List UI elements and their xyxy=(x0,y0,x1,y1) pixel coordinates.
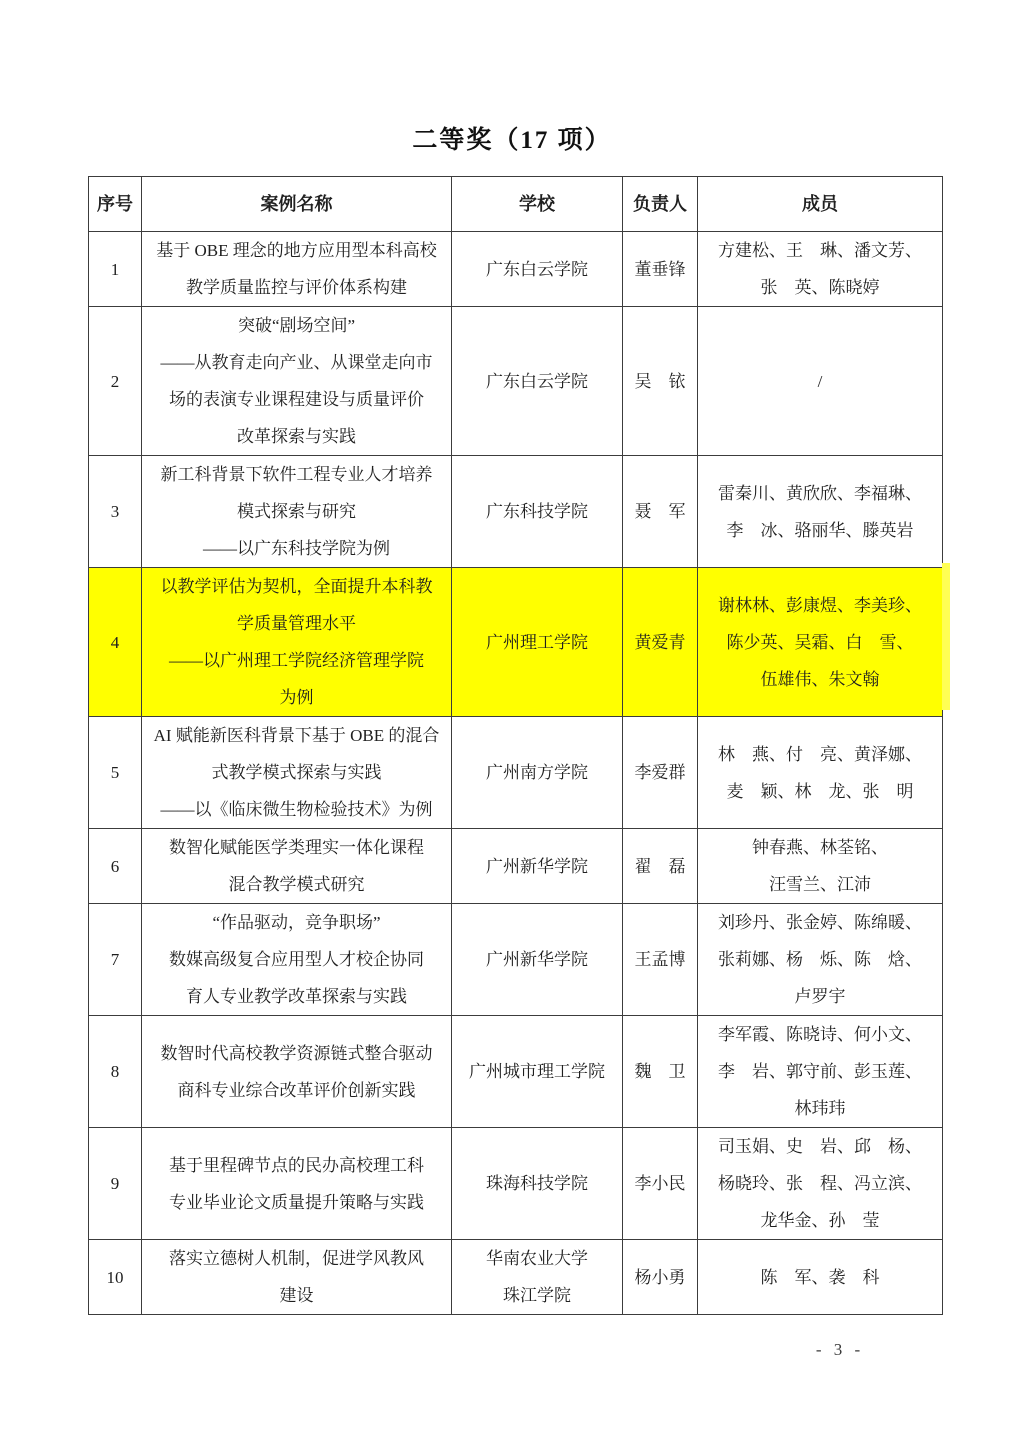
cell-text-line: 广州城市理工学院 xyxy=(454,1053,620,1090)
cell-text-line: 广州新华学院 xyxy=(454,941,620,978)
header-members: 成员 xyxy=(698,177,943,232)
cell-school: 广东白云学院 xyxy=(452,232,623,307)
cell-text-line: 落实立德树人机制，促进学风教风 xyxy=(144,1240,449,1277)
cell-no: 3 xyxy=(89,456,142,568)
cell-text-line: 汪雪兰、江沛 xyxy=(700,866,940,903)
cell-text-line: ——从教育走向产业、从课堂走向市 xyxy=(144,344,449,381)
cell-no: 8 xyxy=(89,1016,142,1128)
cell-school: 珠海科技学院 xyxy=(452,1128,623,1240)
cell-text-line: 商科专业综合改革评价创新实践 xyxy=(144,1072,449,1109)
cell-text-line: 数智时代高校教学资源链式整合驱动 xyxy=(144,1035,449,1072)
cell-text-line: 数智化赋能医学类理实一体化课程 xyxy=(144,829,449,866)
cell-text-line: 张 英、陈晓婷 xyxy=(700,269,940,306)
highlight-overflow-strip xyxy=(942,563,950,710)
cell-school: 广州理工学院 xyxy=(452,568,623,717)
cell-leader: 董垂锋 xyxy=(623,232,698,307)
cell-text-line: 教学质量监控与评价体系构建 xyxy=(144,269,449,306)
table-row: 1 基于 OBE 理念的地方应用型本科高校教学质量监控与评价体系构建 广东白云学… xyxy=(89,232,943,307)
table-row-highlighted: 4 以教学评估为契机，全面提升本科教学质量管理水平——以广州理工学院经济管理学院… xyxy=(89,568,943,717)
cell-members: 司玉娟、史 岩、邱 杨、杨晓玲、张 程、冯立滨、龙华金、孙 莹 xyxy=(698,1128,943,1240)
cell-text-line: 华南农业大学 xyxy=(454,1240,620,1277)
cell-leader: 黄爱青 xyxy=(623,568,698,717)
header-no: 序号 xyxy=(89,177,142,232)
cell-text-line: 专业毕业论文质量提升策略与实践 xyxy=(144,1184,449,1221)
cell-text-line: 广州理工学院 xyxy=(454,624,620,661)
cell-leader: 聂 军 xyxy=(623,456,698,568)
table-row: 10 落实立德树人机制，促进学风教风建设 华南农业大学珠江学院 杨小勇 陈 军、… xyxy=(89,1240,943,1315)
cell-text-line: 广东科技学院 xyxy=(454,493,620,530)
cell-school: 广州南方学院 xyxy=(452,717,623,829)
cell-text-line: 林 燕、付 亮、黄泽娜、 xyxy=(700,736,940,773)
cell-text-line: 新工科背景下软件工程专业人才培养 xyxy=(144,456,449,493)
cell-members: / xyxy=(698,307,943,456)
cell-case-name: 数智化赋能医学类理实一体化课程混合教学模式研究 xyxy=(142,829,452,904)
cell-text-line: 场的表演专业课程建设与质量评价 xyxy=(144,381,449,418)
cell-case-name: AI 赋能新医科背景下基于 OBE 的混合式教学模式探索与实践——以《临床微生物… xyxy=(142,717,452,829)
cell-text-line: 司玉娟、史 岩、邱 杨、 xyxy=(700,1128,940,1165)
cell-leader: 李爱群 xyxy=(623,717,698,829)
document-page: 二等奖（17 项） 序号 案例名称 学校 负责人 成员 1 基于 OBE 理念的… xyxy=(0,0,1024,1448)
cell-text-line: 方建松、王 琳、潘文芳、 xyxy=(700,232,940,269)
cell-text-line: 广东白云学院 xyxy=(454,251,620,288)
cell-text-line: 珠江学院 xyxy=(454,1277,620,1314)
cell-members: 钟春燕、林荃铭、汪雪兰、江沛 xyxy=(698,829,943,904)
cell-case-name: 数智时代高校教学资源链式整合驱动商科专业综合改革评价创新实践 xyxy=(142,1016,452,1128)
cell-text-line: 张莉娜、杨 烁、陈 焓、 xyxy=(700,941,940,978)
cell-leader: 魏 卫 xyxy=(623,1016,698,1128)
cell-school: 广州城市理工学院 xyxy=(452,1016,623,1128)
cell-text-line: 林玮玮 xyxy=(700,1090,940,1127)
cell-members: 雷秦川、黄欣欣、李福琳、李 冰、骆丽华、滕英岩 xyxy=(698,456,943,568)
cell-text-line: 基于里程碑节点的民办高校理工科 xyxy=(144,1147,449,1184)
cell-no: 7 xyxy=(89,904,142,1016)
cell-text-line: 李 岩、郭守前、彭玉莲、 xyxy=(700,1053,940,1090)
cell-members: 谢林林、彭康煜、李美珍、陈少英、吴霜、白 雪、伍雄伟、朱文翰 xyxy=(698,568,943,717)
cell-text-line: 以教学评估为契机，全面提升本科教 xyxy=(144,568,449,605)
cell-members: 李军霞、陈晓诗、何小文、李 岩、郭守前、彭玉莲、林玮玮 xyxy=(698,1016,943,1128)
cell-no: 4 xyxy=(89,568,142,717)
cell-text-line: 基于 OBE 理念的地方应用型本科高校 xyxy=(144,232,449,269)
table-row: 9 基于里程碑节点的民办高校理工科专业毕业论文质量提升策略与实践 珠海科技学院 … xyxy=(89,1128,943,1240)
cell-leader: 李小民 xyxy=(623,1128,698,1240)
cell-text-line: 混合教学模式研究 xyxy=(144,866,449,903)
cell-text-line: 杨晓玲、张 程、冯立滨、 xyxy=(700,1165,940,1202)
cell-text-line: ——以广州理工学院经济管理学院 xyxy=(144,642,449,679)
cell-members: 刘珍丹、张金婷、陈绵暖、张莉娜、杨 烁、陈 焓、卢罗宇 xyxy=(698,904,943,1016)
table-header-row: 序号 案例名称 学校 负责人 成员 xyxy=(89,177,943,232)
cell-case-name: 落实立德树人机制，促进学风教风建设 xyxy=(142,1240,452,1315)
cell-text-line: ——以广东科技学院为例 xyxy=(144,530,449,567)
cell-no: 10 xyxy=(89,1240,142,1315)
cell-text-line: / xyxy=(700,363,940,400)
table-row: 7 “作品驱动，竞争职场”数媒高级复合应用型人才校企协同育人专业教学改革探索与实… xyxy=(89,904,943,1016)
cell-no: 5 xyxy=(89,717,142,829)
cell-text-line: 谢林林、彭康煜、李美珍、 xyxy=(700,587,940,624)
cell-text-line: 李 冰、骆丽华、滕英岩 xyxy=(700,512,940,549)
cell-text-line: 钟春燕、林荃铭、 xyxy=(700,829,940,866)
cell-no: 2 xyxy=(89,307,142,456)
cell-text-line: 广州新华学院 xyxy=(454,848,620,885)
cell-leader: 吴 铱 xyxy=(623,307,698,456)
page-number: - 3 - xyxy=(760,1340,920,1360)
cell-text-line: 学质量管理水平 xyxy=(144,605,449,642)
table-row: 5 AI 赋能新医科背景下基于 OBE 的混合式教学模式探索与实践——以《临床微… xyxy=(89,717,943,829)
cell-no: 1 xyxy=(89,232,142,307)
table-row: 2 突破“剧场空间”——从教育走向产业、从课堂走向市场的表演专业课程建设与质量评… xyxy=(89,307,943,456)
table-row: 6 数智化赋能医学类理实一体化课程混合教学模式研究 广州新华学院 翟 磊 钟春燕… xyxy=(89,829,943,904)
cell-case-name: 基于里程碑节点的民办高校理工科专业毕业论文质量提升策略与实践 xyxy=(142,1128,452,1240)
cell-text-line: AI 赋能新医科背景下基于 OBE 的混合 xyxy=(144,717,449,754)
cell-leader: 翟 磊 xyxy=(623,829,698,904)
cell-text-line: 陈 军、袭 科 xyxy=(700,1259,940,1296)
cell-text-line: 建设 xyxy=(144,1277,449,1314)
header-case-name: 案例名称 xyxy=(142,177,452,232)
awards-table: 序号 案例名称 学校 负责人 成员 1 基于 OBE 理念的地方应用型本科高校教… xyxy=(88,176,943,1315)
cell-no: 6 xyxy=(89,829,142,904)
cell-text-line: 刘珍丹、张金婷、陈绵暖、 xyxy=(700,904,940,941)
table-row: 8 数智时代高校教学资源链式整合驱动商科专业综合改革评价创新实践 广州城市理工学… xyxy=(89,1016,943,1128)
cell-text-line: 伍雄伟、朱文翰 xyxy=(700,661,940,698)
cell-text-line: 李军霞、陈晓诗、何小文、 xyxy=(700,1016,940,1053)
cell-leader: 王孟博 xyxy=(623,904,698,1016)
cell-no: 9 xyxy=(89,1128,142,1240)
cell-school: 广东科技学院 xyxy=(452,456,623,568)
header-school: 学校 xyxy=(452,177,623,232)
cell-members: 林 燕、付 亮、黄泽娜、麦 颖、林 龙、张 明 xyxy=(698,717,943,829)
cell-text-line: 卢罗宇 xyxy=(700,978,940,1015)
table-row: 3 新工科背景下软件工程专业人才培养模式探索与研究——以广东科技学院为例 广东科… xyxy=(89,456,943,568)
cell-text-line: 数媒高级复合应用型人才校企协同 xyxy=(144,941,449,978)
cell-case-name: 以教学评估为契机，全面提升本科教学质量管理水平——以广州理工学院经济管理学院为例 xyxy=(142,568,452,717)
cell-school: 广州新华学院 xyxy=(452,829,623,904)
cell-text-line: 麦 颖、林 龙、张 明 xyxy=(700,773,940,810)
cell-text-line: 雷秦川、黄欣欣、李福琳、 xyxy=(700,475,940,512)
cell-text-line: 为例 xyxy=(144,679,449,716)
cell-text-line: 珠海科技学院 xyxy=(454,1165,620,1202)
cell-school: 广州新华学院 xyxy=(452,904,623,1016)
cell-text-line: ——以《临床微生物检验技术》为例 xyxy=(144,791,449,828)
cell-school: 华南农业大学珠江学院 xyxy=(452,1240,623,1315)
cell-members: 方建松、王 琳、潘文芳、张 英、陈晓婷 xyxy=(698,232,943,307)
cell-text-line: 广州南方学院 xyxy=(454,754,620,791)
cell-members: 陈 军、袭 科 xyxy=(698,1240,943,1315)
cell-text-line: 陈少英、吴霜、白 雪、 xyxy=(700,624,940,661)
cell-text-line: 式教学模式探索与实践 xyxy=(144,754,449,791)
page-title: 二等奖（17 项） xyxy=(0,120,1024,156)
cell-text-line: 广东白云学院 xyxy=(454,363,620,400)
cell-case-name: 突破“剧场空间”——从教育走向产业、从课堂走向市场的表演专业课程建设与质量评价改… xyxy=(142,307,452,456)
cell-leader: 杨小勇 xyxy=(623,1240,698,1315)
cell-text-line: 改革探索与实践 xyxy=(144,418,449,455)
cell-text-line: 育人专业教学改革探索与实践 xyxy=(144,978,449,1015)
header-leader: 负责人 xyxy=(623,177,698,232)
cell-text-line: 突破“剧场空间” xyxy=(144,307,449,344)
cell-case-name: “作品驱动，竞争职场”数媒高级复合应用型人才校企协同育人专业教学改革探索与实践 xyxy=(142,904,452,1016)
cell-text-line: 模式探索与研究 xyxy=(144,493,449,530)
cell-case-name: 基于 OBE 理念的地方应用型本科高校教学质量监控与评价体系构建 xyxy=(142,232,452,307)
cell-school: 广东白云学院 xyxy=(452,307,623,456)
cell-text-line: 龙华金、孙 莹 xyxy=(700,1202,940,1239)
cell-case-name: 新工科背景下软件工程专业人才培养模式探索与研究——以广东科技学院为例 xyxy=(142,456,452,568)
cell-text-line: “作品驱动，竞争职场” xyxy=(144,904,449,941)
